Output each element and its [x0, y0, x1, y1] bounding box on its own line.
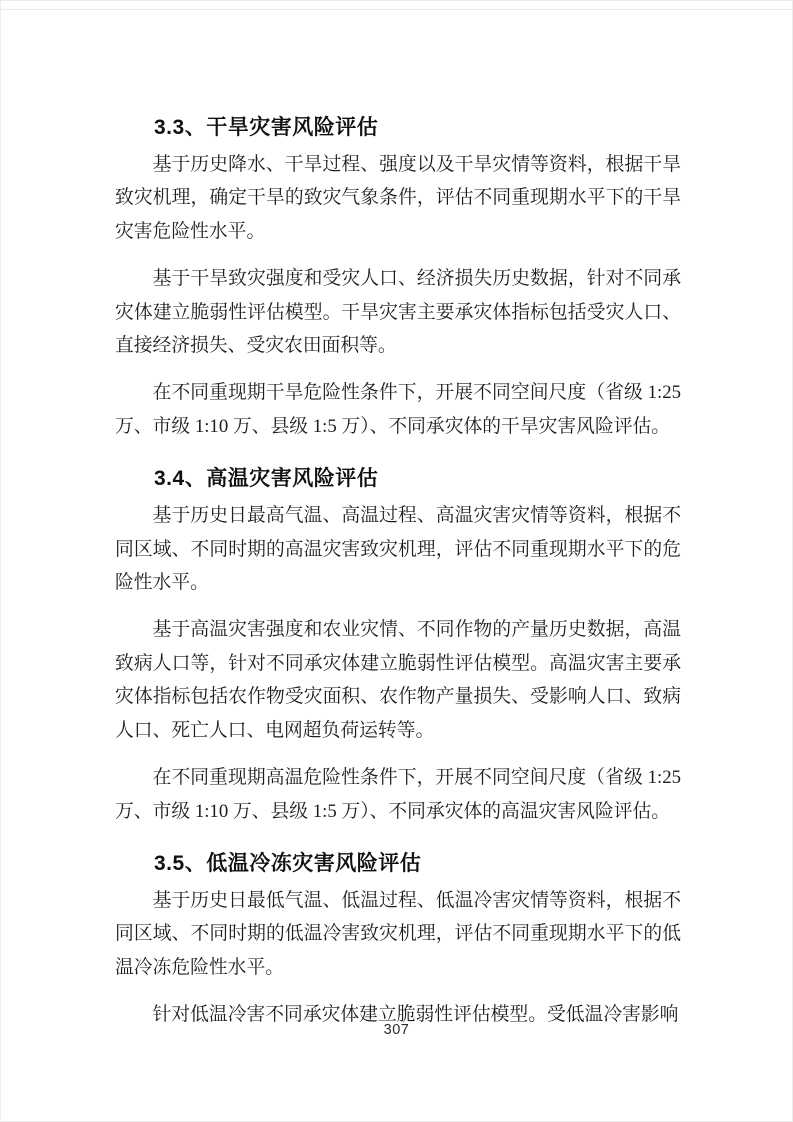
page-number: 307	[1, 1022, 792, 1038]
paragraph: 基于高温灾害强度和农业灾情、不同作物的产量历史数据，高温致病人口等，针对不同承灾…	[115, 613, 681, 747]
paragraph: 基于干旱致灾强度和受灾人口、经济损失历史数据，针对不同承灾体建立脆弱性评估模型。…	[115, 262, 681, 362]
paragraph: 基于历史日最低气温、低温过程、低温冷害灾情等资料，根据不同区域、不同时期的低温冷…	[115, 884, 681, 984]
section-heading-3-5-cold-risk: 3.5、低温冷冻灾害风险评估	[115, 847, 681, 880]
section-heading-3-3-drought-risk: 3.3、干旱灾害风险评估	[115, 111, 681, 144]
paragraph: 基于历史日最高气温、高温过程、高温灾害灾情等资料，根据不同区域、不同时期的高温灾…	[115, 499, 681, 599]
paragraph: 在不同重现期高温危险性条件下，开展不同空间尺度（省级 1:25 万、市级 1:1…	[115, 761, 681, 828]
document-page: 3.3、干旱灾害风险评估 基于历史降水、干旱过程、强度以及干旱灾情等资料，根据干…	[0, 0, 793, 1122]
paragraph: 基于历史降水、干旱过程、强度以及干旱灾情等资料，根据干旱致灾机理，确定干旱的致灾…	[115, 148, 681, 248]
section-heading-3-4-heat-risk: 3.4、高温灾害风险评估	[115, 462, 681, 495]
page-content: 3.3、干旱灾害风险评估 基于历史降水、干旱过程、强度以及干旱灾情等资料，根据干…	[115, 1, 681, 1032]
paragraph: 在不同重现期干旱危险性条件下，开展不同空间尺度（省级 1:25 万、市级 1:1…	[115, 376, 681, 443]
